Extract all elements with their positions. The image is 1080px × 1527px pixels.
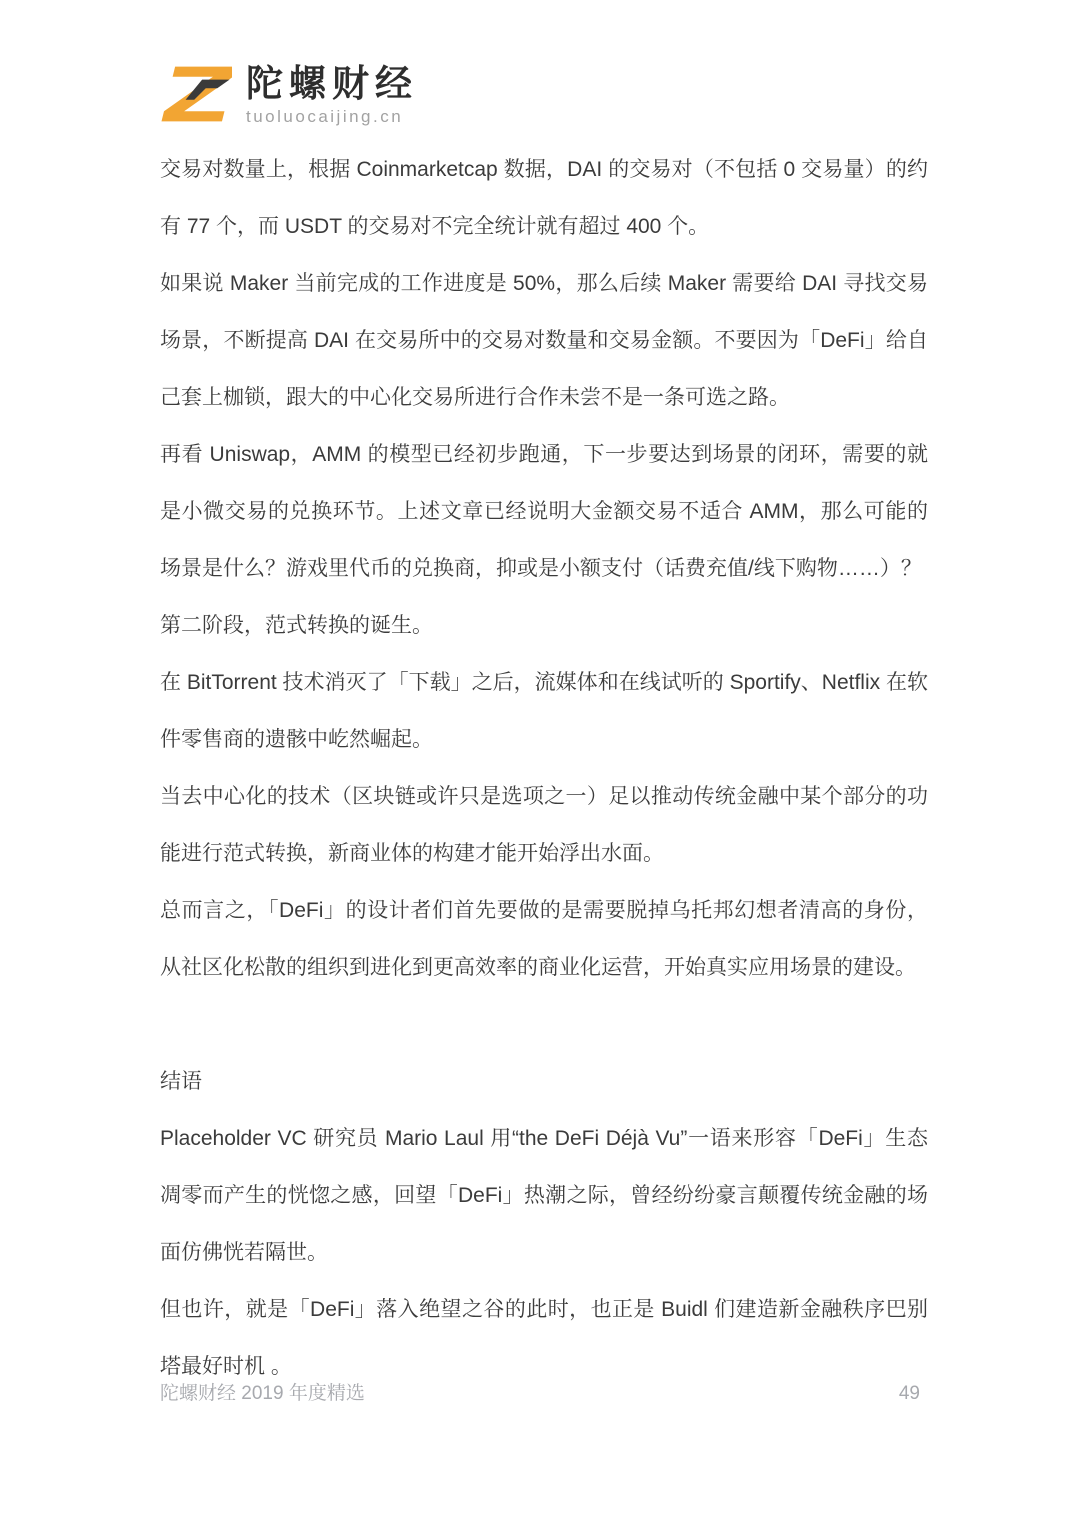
document-page: 陀螺财经 tuoluocaijing.cn 交易对数量上，根据 Coinmark… (0, 0, 1080, 1527)
paragraph: Placeholder VC 研究员 Mario Laul 用“the DeFi… (160, 1110, 928, 1281)
closing-paragraphs: Placeholder VC 研究员 Mario Laul 用“the DeFi… (160, 1110, 928, 1395)
paragraph: 在 BitTorrent 技术消灭了「下载」之后，流媒体和在线试听的 Sport… (160, 654, 928, 768)
paragraph: 第二阶段，范式转换的诞生。 (160, 597, 928, 654)
paragraph: 当去中心化的技术（区块链或许只是选项之一）足以推动传统金融中某个部分的功能进行范… (160, 768, 928, 882)
brand-logo: 陀螺财经 tuoluocaijing.cn (160, 58, 418, 130)
paragraph: 再看 Uniswap，AMM 的模型已经初步跑通，下一步要达到场景的闭环，需要的… (160, 426, 928, 597)
paragraph: 总而言之，「DeFi」的设计者们首先要做的是需要脱掉乌托邦幻想者清高的身份，从社… (160, 882, 928, 996)
page-footer: 陀螺财经 2019 年度精选 49 (160, 1378, 920, 1405)
brand-name: 陀螺财经 (246, 64, 418, 105)
page-number: 49 (899, 1383, 920, 1405)
article-paragraphs: 交易对数量上，根据 Coinmarketcap 数据，DAI 的交易对（不包括 … (160, 141, 928, 996)
article-body: 交易对数量上，根据 Coinmarketcap 数据，DAI 的交易对（不包括 … (160, 141, 928, 1395)
footer-title: 陀螺财经 2019 年度精选 (160, 1378, 365, 1405)
paragraph: 如果说 Maker 当前完成的工作进度是 50%，那么后续 Maker 需要给 … (160, 255, 928, 426)
brand-domain: tuoluocaijing.cn (246, 107, 418, 127)
paragraph-spacer (160, 996, 928, 1053)
tuoluo-z-icon (160, 58, 232, 130)
logo-text-block: 陀螺财经 tuoluocaijing.cn (246, 58, 418, 127)
section-heading: 结语 (160, 1053, 928, 1110)
paragraph: 交易对数量上，根据 Coinmarketcap 数据，DAI 的交易对（不包括 … (160, 141, 928, 255)
